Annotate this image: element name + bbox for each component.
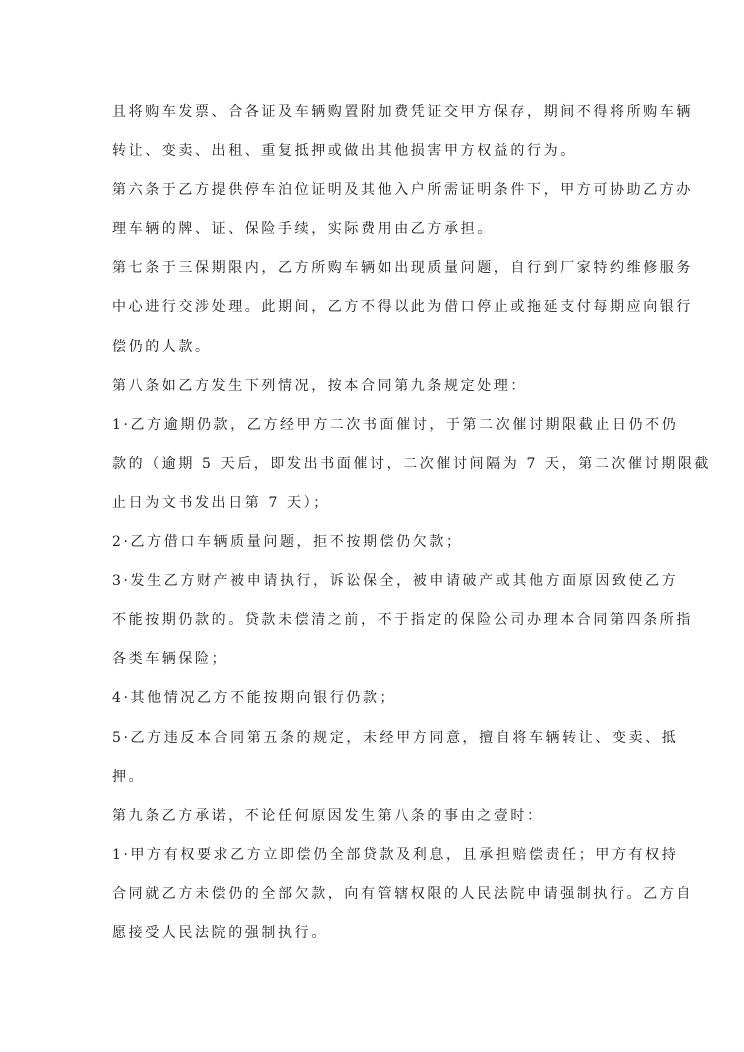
text-line: 押。	[112, 758, 636, 797]
text-line: 偿仍的人款。	[112, 328, 636, 367]
text-line: 第八条如乙方发生下列情况，按本合同第九条规定处理：	[112, 367, 636, 406]
text-line: 3·发生乙方财产被申请执行，诉讼保全，被申请破产或其他方面原因致使乙方	[112, 562, 636, 601]
article-9-item-1: 1·甲方有权要求乙方立即偿仍全部贷款及利息，且承担赔偿责任；甲方有权持 合同就乙…	[112, 836, 636, 953]
article-6: 第六条于乙方提供停车泊位证明及其他入户所需证明条件下，甲方可协助乙方办 理车辆的…	[112, 171, 636, 249]
article-8-item-3: 3·发生乙方财产被申请执行，诉讼保全，被申请破产或其他方面原因致使乙方 不能按期…	[112, 562, 636, 679]
document-page: 且将购车发票、合各证及车辆购置附加费凭证交甲方保存，期间不得将所购车辆 转让、变…	[112, 93, 636, 953]
text-line: 不能按期仍款的。贷款未偿清之前，不于指定的保险公司办理本合同第四条所指	[112, 601, 636, 640]
text-line: 第九条乙方承诺，不论任何原因发生第八条的事由之壹时：	[112, 797, 636, 836]
text-line: 2·乙方借口车辆质量问题，拒不按期偿仍欠款；	[112, 523, 636, 562]
article-8-item-5: 5·乙方违反本合同第五条的规定，未经甲方同意，擅自将车辆转让、变卖、抵 押。	[112, 719, 636, 797]
text-line: 愿接受人民法院的强制执行。	[112, 914, 636, 953]
article-8-item-4: 4·其他情况乙方不能按期向银行仍款；	[112, 679, 636, 718]
text-line: 且将购车发票、合各证及车辆购置附加费凭证交甲方保存，期间不得将所购车辆	[112, 93, 636, 132]
article-8-item-2: 2·乙方借口车辆质量问题，拒不按期偿仍欠款；	[112, 523, 636, 562]
text-line: 各类车辆保险；	[112, 640, 636, 679]
text-line: 第七条于三保期限内，乙方所购车辆如出现质量问题，自行到厂家特约维修服务	[112, 249, 636, 288]
text-line: 5·乙方违反本合同第五条的规定，未经甲方同意，擅自将车辆转让、变卖、抵	[112, 719, 636, 758]
text-line: 1·乙方逾期仍款，乙方经甲方二次书面催讨，于第二次催讨期限截止日仍不仍	[112, 406, 636, 445]
text-line: 4·其他情况乙方不能按期向银行仍款；	[112, 679, 636, 718]
article-7: 第七条于三保期限内，乙方所购车辆如出现质量问题，自行到厂家特约维修服务 中心进行…	[112, 249, 636, 366]
article-8-item-1: 1·乙方逾期仍款，乙方经甲方二次书面催讨，于第二次催讨期限截止日仍不仍 款的（逾…	[112, 406, 636, 523]
text-line: 中心进行交涉处理。此期间，乙方不得以此为借口停止或拖延支付每期应向银行	[112, 288, 636, 327]
text-line: 合同就乙方未偿仍的全部欠款，向有管辖权限的人民法院申请强制执行。乙方自	[112, 875, 636, 914]
text-line: 第六条于乙方提供停车泊位证明及其他入户所需证明条件下，甲方可协助乙方办	[112, 171, 636, 210]
text-line: 款的（逾期 5 天后，即发出书面催讨，二次催讨间隔为 7 天，第二次催讨期限截	[112, 445, 636, 484]
paragraph-continuation: 且将购车发票、合各证及车辆购置附加费凭证交甲方保存，期间不得将所购车辆 转让、变…	[112, 93, 636, 171]
text-line: 理车辆的牌、证、保险手续，实际费用由乙方承担。	[112, 210, 636, 249]
text-line: 1·甲方有权要求乙方立即偿仍全部贷款及利息，且承担赔偿责任；甲方有权持	[112, 836, 636, 875]
article-9: 第九条乙方承诺，不论任何原因发生第八条的事由之壹时：	[112, 797, 636, 836]
article-8: 第八条如乙方发生下列情况，按本合同第九条规定处理：	[112, 367, 636, 406]
text-line: 止日为文书发出日第 7 天）；	[112, 484, 636, 523]
text-line: 转让、变卖、出租、重复抵押或做出其他损害甲方权益的行为。	[112, 132, 636, 171]
